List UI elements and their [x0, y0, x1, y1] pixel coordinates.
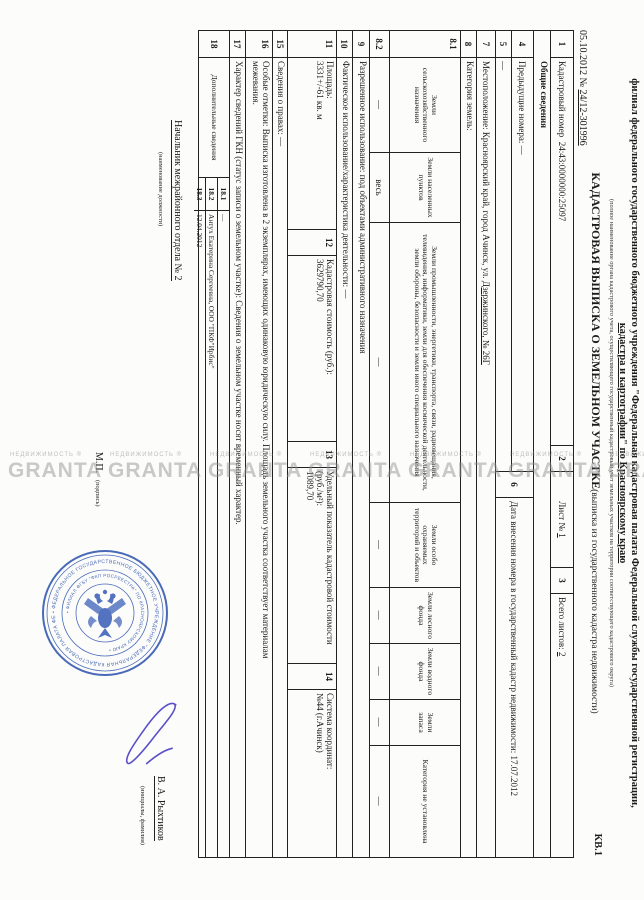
table-row: 7 Местоположение: Красноярский край, гор…: [477, 31, 496, 857]
cadastral-number-label: Кадастровый номер: [557, 61, 567, 137]
table-row: 9 Разрешенное использование: под объекта…: [353, 31, 370, 857]
document-title: КАДАСТРОВАЯ ВЫПИСКА О ЗЕМЕЛЬНОМ УЧАСТКЕ: [589, 172, 603, 489]
table-row: 18 Дополнительные сведения 18.1 — 18.2 А…: [199, 31, 230, 857]
subrow-number: 18.3: [194, 178, 205, 210]
category-settlements: Земли населенных пунктов: [390, 152, 460, 222]
special-notes-line1: Особые отметки: Выписка изготовлена в 2 …: [261, 61, 271, 854]
permitted-use: Разрешенное использование: под объектами…: [353, 57, 369, 857]
table-row: 15 Сведения о правах: —: [273, 31, 288, 857]
handwritten-signature: [124, 694, 180, 774]
row-number: 10: [337, 31, 352, 57]
registration-date-cell: Дата внесения номера в государственный к…: [496, 497, 533, 857]
cadastral-cost-label: Кадастровая стоимость (руб.):: [325, 259, 335, 438]
form-code: КВ.1: [592, 834, 603, 857]
category-forest: Земли лесного фонда: [390, 587, 460, 643]
position-caption: (наименование должности): [157, 152, 164, 226]
document-subtitle: (выписка из государственного кадастра не…: [589, 489, 599, 714]
area-value: 3331+/-61 кв. м: [315, 61, 325, 226]
row-number: 8: [461, 31, 476, 57]
table-row: 10 Фактическое использование/характерист…: [337, 31, 353, 857]
category-not-set: Категория не установлена: [390, 745, 460, 857]
signer-name: В. А. Рыхтиков: [154, 776, 166, 841]
org-name-line2: кадастра и картографии" по Красноярскому…: [616, 30, 628, 856]
row-number: 13: [288, 441, 336, 467]
subrow-value: 12.04.2012: [194, 210, 205, 857]
subrow-18-1: 18.1 —: [218, 178, 229, 857]
row-number: 5: [496, 31, 511, 57]
subrow-number: 18.2: [206, 178, 217, 210]
cadastral-number-value: 24:43:0000000:25097: [557, 142, 567, 222]
row-number: 17: [230, 31, 245, 57]
category-protected: Земли особо охраняемых территорий и объе…: [390, 502, 460, 587]
name-caption: (инициалы, фамилия): [139, 786, 146, 845]
cadastral-extract-document: филиал федерального государственного бюд…: [0, 0, 644, 900]
table-row: 17 Характер сведений ГКН (статус записи …: [230, 31, 246, 857]
org-name-line1: филиал федерального государственного бюд…: [628, 30, 640, 856]
table-row: 11 Площадь: 3331+/-61 кв. м 12 Кадастров…: [288, 31, 337, 857]
table-row: 8.1 Земли сельскохозяйственного назначен…: [390, 31, 461, 857]
unit-cost-value: 1089,70: [305, 471, 315, 660]
section-title: Общие сведения: [534, 31, 550, 857]
previous-numbers-value: —: [517, 146, 527, 156]
special-notes: Особые отметки: Выписка изготовлена в 2 …: [246, 57, 272, 857]
location-cell: Местоположение: Красноярский край, город…: [477, 57, 495, 857]
scanned-document-page: филиал федерального государственного бюд…: [0, 0, 644, 900]
category-value: весь: [370, 152, 389, 222]
row-number: 11: [288, 31, 336, 57]
coordinate-system-value: №44 (г.Ачинск): [315, 693, 325, 854]
stamp-eagle-emblem: [84, 590, 126, 638]
subrow-number: 18.1: [218, 178, 229, 210]
stamp-place-label: М.П.: [93, 452, 104, 473]
document-number: 24/12-301996: [577, 90, 588, 146]
category-value: —: [370, 643, 389, 699]
document-header: филиал федерального государственного бюд…: [577, 30, 640, 856]
sheet-label: Лист №: [557, 501, 567, 533]
signature-caption: (подпись): [94, 480, 101, 507]
area-cell: Площадь: 3331+/-61 кв. м: [288, 57, 336, 229]
sheet-cell: Лист № 1: [551, 471, 573, 567]
total-sheets-value: 2: [557, 652, 567, 657]
row-number: 12: [288, 229, 336, 255]
row-number: 1: [551, 31, 573, 57]
row-number: 6: [496, 471, 533, 497]
actual-use: Фактическое использование/характеристика…: [337, 57, 352, 857]
row-number: 15: [273, 31, 287, 57]
table-row: 16 Особые отметки: Выписка изготовлена в…: [246, 31, 273, 857]
table-row: 8.2 — весь — — — — — —: [370, 31, 390, 857]
row-number: 9: [353, 31, 369, 57]
additional-info-label: Дополнительные сведения: [199, 57, 229, 177]
category-water: Земли водного фонда: [390, 643, 460, 699]
category-value: —: [370, 699, 389, 745]
unit-cost-label: Удельный показатель кадастровой стоимост…: [315, 471, 335, 660]
row-number: 8.2: [370, 31, 389, 57]
coordinate-system-cell: Система координат: №44 (г.Ачинск): [288, 689, 336, 857]
cadastral-table: 1 Кадастровый номер 24:43:0000000:25097 …: [198, 30, 574, 858]
unit-cost-cell: Удельный показатель кадастровой стоимост…: [288, 467, 336, 663]
category-value: —: [370, 57, 389, 152]
category-reserve: Земли запаса: [390, 699, 460, 745]
total-sheets-label: Всего листов:: [557, 597, 567, 652]
subrow-value: Антух Екатерина Сергеевна, ООО "ПКФ"Ирби…: [206, 210, 217, 857]
special-notes-line2: межевания.: [251, 61, 261, 854]
area-label: Площадь:: [325, 61, 335, 226]
date-line: 05.10.2012 № 24/12-301996: [577, 30, 588, 856]
row-number: 4: [512, 31, 533, 57]
org-name-note: (полное наименование органа кадастрового…: [608, 30, 615, 856]
subrow-18-2: 18.2 Антух Екатерина Сергеевна, ООО "ПКФ…: [206, 178, 218, 857]
title-line: КАДАСТРОВАЯ ВЫПИСКА О ЗЕМЕЛЬНОМ УЧАСТКЕ(…: [590, 30, 605, 856]
cadastral-cost-cell: Кадастровая стоимость (руб.): 3629790,70: [288, 255, 336, 441]
official-seal-stamp: • ФЕДЕРАЛЬНОЕ ГОСУДАРСТВЕННОЕ БЮДЖЕТНОЕ …: [38, 546, 172, 680]
table-row: Общие сведения: [534, 31, 551, 857]
row-number: 16: [246, 31, 272, 57]
category-value: —: [370, 745, 389, 857]
row-5: 5 —: [496, 31, 512, 471]
cadastral-number-cell: Кадастровый номер 24:43:0000000:25097: [551, 57, 573, 445]
table-row: 8 Категория земель:: [461, 31, 477, 857]
row-number: 3: [551, 567, 573, 593]
row-number: 14: [288, 663, 336, 689]
location-label: Местоположение: Красноярский край, город…: [481, 61, 491, 281]
coordinate-system-label: Система координат:: [325, 693, 335, 854]
record-status: Характер сведений ГКН (статус записи о з…: [230, 57, 245, 857]
category-agricultural: Земли сельскохозяйственного назначения: [390, 57, 460, 152]
row-number: 7: [477, 31, 495, 57]
location-value: Дзержинского, № 26Г: [481, 281, 491, 365]
row-number: 18: [199, 31, 229, 57]
total-sheets-cell: Всего листов: 2: [551, 593, 573, 857]
row5-value: —: [496, 57, 511, 471]
subrow-value: —: [218, 210, 229, 857]
table-row: 4 Предыдущие номера: — 5 — 6 Дата внесен…: [496, 31, 534, 857]
cadastral-cost-value: 3629790,70: [315, 259, 325, 438]
subrow-18-3: 18.3 12.04.2012: [194, 178, 206, 857]
date-prefix: 05.10.2012 №: [577, 30, 588, 90]
row-previous-numbers: 4 Предыдущие номера: —: [512, 31, 533, 471]
land-category-label: Категория земель:: [461, 57, 476, 857]
sheet-value: 1: [557, 533, 567, 538]
category-value: —: [370, 587, 389, 643]
category-industrial: Земли промышленности, энергетики, трансп…: [390, 222, 460, 502]
previous-numbers-label: Предыдущие номера:: [517, 61, 527, 146]
table-row: 1 Кадастровый номер 24:43:0000000:25097 …: [551, 31, 573, 857]
row-number: 2: [551, 445, 573, 471]
category-value: —: [370, 502, 389, 587]
previous-numbers-cell: Предыдущие номера: —: [512, 57, 533, 471]
signer-position: Начальник межрайонного отдела № 2: [171, 120, 183, 281]
row-number: 8.1: [390, 31, 460, 57]
category-value: —: [370, 222, 389, 502]
rights-info: Сведения о правах: —: [273, 57, 287, 857]
